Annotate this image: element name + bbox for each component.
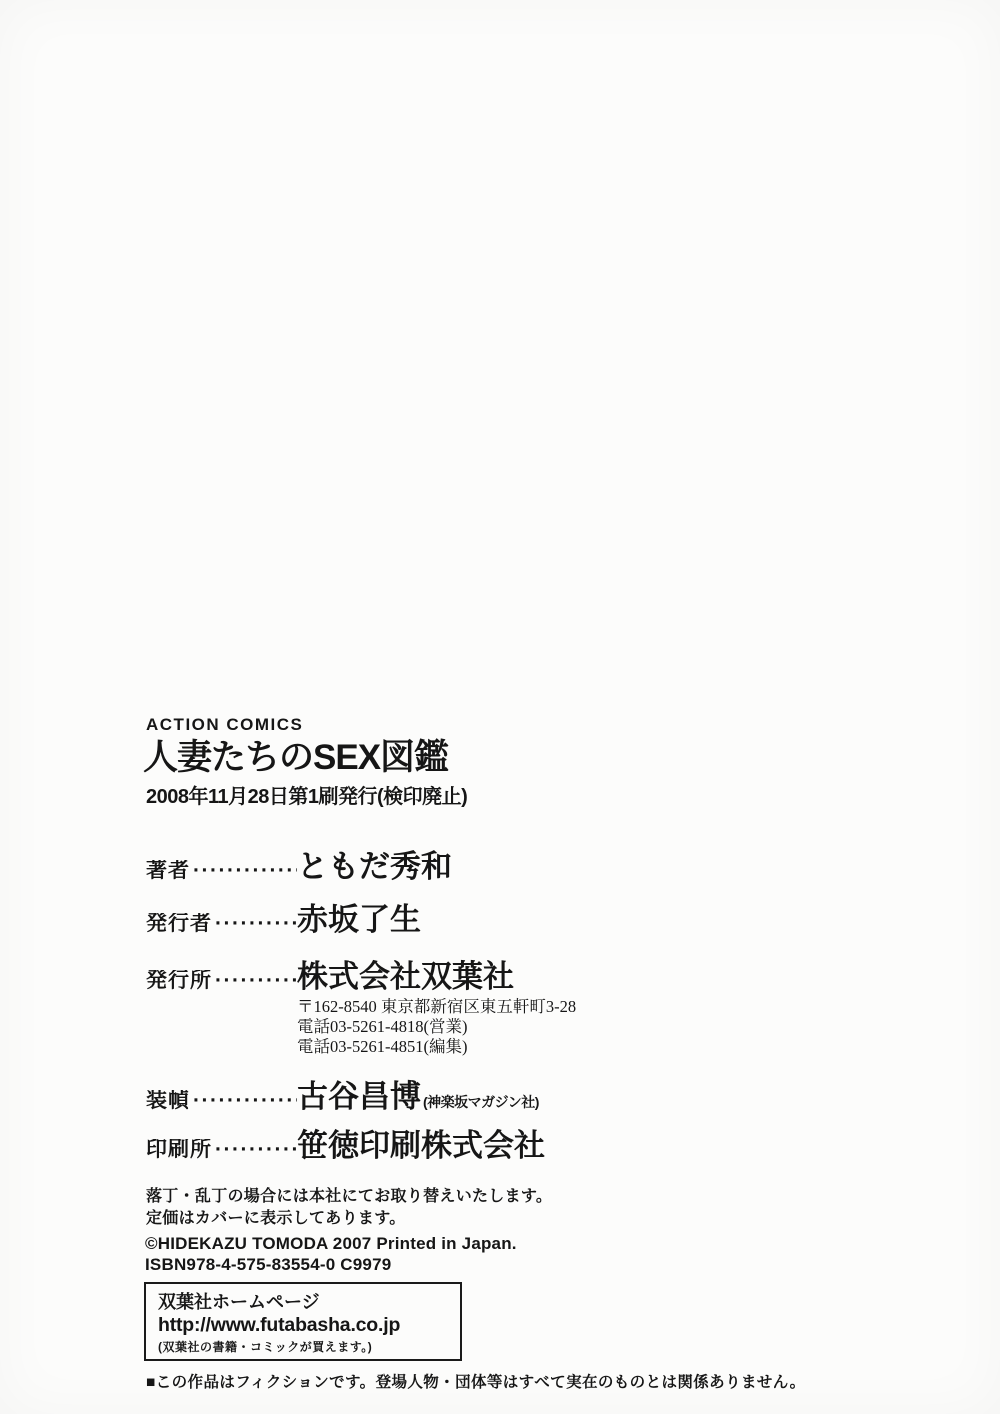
credit-label-box: 著者 ·················: [146, 860, 297, 881]
notices-block: 落丁・乱丁の場合には本社にてお取り替えいたします。 定価はカバーに表示してありま…: [146, 1186, 552, 1230]
credit-row-publisher: 発行所 ············· 株式会社双葉社: [146, 961, 514, 992]
publisher-phone-editorial: 電話03-5261-4851(編集): [297, 1037, 576, 1057]
credit-row-issuer: 発行者 ············· 赤坂了生: [146, 904, 421, 935]
colophon-page: ACTION COMICS 人妻たちのSEX図鑑 2008年11月28日第1刷発…: [0, 0, 1000, 1414]
credit-row-printer: 印刷所 ·············· 笹徳印刷株式会社: [146, 1130, 545, 1161]
credit-label: 著者: [146, 860, 190, 881]
imprint-label: ACTION COMICS: [146, 716, 303, 733]
credit-label: 発行所: [146, 970, 212, 991]
copyright-line: ©HIDEKAZU TOMODA 2007 Printed in Japan.: [145, 1233, 517, 1254]
leader-dots: ·············: [212, 913, 297, 934]
credit-label-box: 装幀 ················: [146, 1090, 297, 1111]
credit-value: 株式会社双葉社: [297, 961, 514, 992]
homepage-url: http://www.futabasha.co.jp: [158, 1313, 450, 1337]
publisher-address: 〒162-8540 東京都新宿区東五軒町3-28: [297, 997, 576, 1017]
printing-date: 2008年11月28日第1刷発行(検印廃止): [146, 787, 467, 807]
leader-dots: ··············: [212, 1139, 297, 1160]
credit-value: 笹徳印刷株式会社: [297, 1130, 545, 1161]
credit-value: ともだ秀和: [297, 851, 452, 882]
credit-value: 赤坂了生: [297, 904, 421, 935]
homepage-box: 双葉社ホームページ http://www.futabasha.co.jp (双葉…: [144, 1282, 462, 1361]
notice-price: 定価はカバーに表示してあります。: [146, 1208, 552, 1230]
notice-defective-copies: 落丁・乱丁の場合には本社にてお取り替えいたします。: [146, 1186, 552, 1208]
credit-row-author: 著者 ················· ともだ秀和: [146, 851, 452, 882]
credit-label: 装幀: [146, 1090, 190, 1111]
fiction-disclaimer: ■この作品はフィクションです。登場人物・団体等はすべて実在のものとは関係ありませ…: [146, 1374, 806, 1393]
homepage-note: (双葉社の書籍・コミックが買えます。): [158, 1340, 450, 1354]
credit-row-design: 装幀 ················ 古谷昌博 (神楽坂マガジン社): [146, 1081, 539, 1112]
publisher-address-block: 〒162-8540 東京都新宿区東五軒町3-28 電話03-5261-4818(…: [297, 997, 576, 1057]
book-title: 人妻たちのSEX図鑑: [143, 740, 448, 775]
credit-label-box: 印刷所 ··············: [146, 1139, 297, 1160]
leader-dots: ·············: [212, 970, 297, 991]
leader-dots: ················: [190, 1090, 297, 1111]
credit-value-note: (神楽坂マガジン社): [423, 1095, 539, 1109]
isbn-line: ISBN978-4-575-83554-0 C9979: [145, 1254, 517, 1275]
homepage-title: 双葉社ホームページ: [158, 1292, 450, 1313]
credit-value: 古谷昌博: [297, 1081, 421, 1112]
credit-label: 印刷所: [146, 1139, 212, 1160]
credit-label-box: 発行者 ·············: [146, 913, 297, 934]
credit-label-box: 発行所 ·············: [146, 970, 297, 991]
leader-dots: ·················: [190, 860, 297, 881]
credit-label: 発行者: [146, 913, 212, 934]
publisher-phone-sales: 電話03-5261-4818(営業): [297, 1017, 576, 1037]
copyright-block: ©HIDEKAZU TOMODA 2007 Printed in Japan. …: [145, 1233, 517, 1275]
